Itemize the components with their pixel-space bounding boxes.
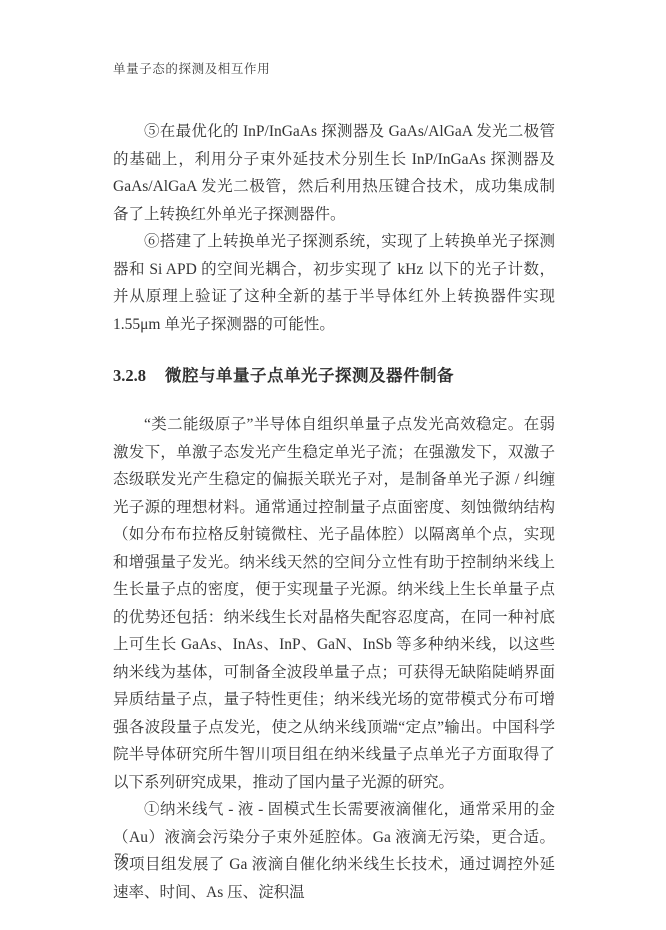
- running-header: 单量子态的探测及相互作用: [113, 61, 270, 78]
- page-content: ⑤在最优化的 InP/InGaAs 探测器及 GaAs/AlGaA 发光二极管的…: [113, 118, 555, 906]
- section-heading: 3.2.8微腔与单量子点单光子探测及器件制备: [113, 362, 555, 389]
- paragraph-nanowire-growth: ①纳米线气 - 液 - 固模式生长需要液滴催化，通常采用的金（Au）液滴会污染分…: [113, 796, 555, 906]
- section-number: 3.2.8: [113, 362, 146, 389]
- page-number: 76: [114, 851, 129, 868]
- paragraph-item-6: ⑥搭建了上转换单光子探测系统，实现了上转换单光子探测器和 Si APD 的空间光…: [113, 228, 555, 338]
- document-page: 单量子态的探测及相互作用 ⑤在最优化的 InP/InGaAs 探测器及 GaAs…: [0, 0, 666, 930]
- paragraph-quantum-dot-overview: “类二能级原子”半导体自组织单量子点发光高效稳定。在弱激发下，单激子态发光产生稳…: [113, 411, 555, 796]
- paragraph-item-5: ⑤在最优化的 InP/InGaAs 探测器及 GaAs/AlGaA 发光二极管的…: [113, 118, 555, 228]
- section-title: 微腔与单量子点单光子探测及器件制备: [165, 366, 454, 385]
